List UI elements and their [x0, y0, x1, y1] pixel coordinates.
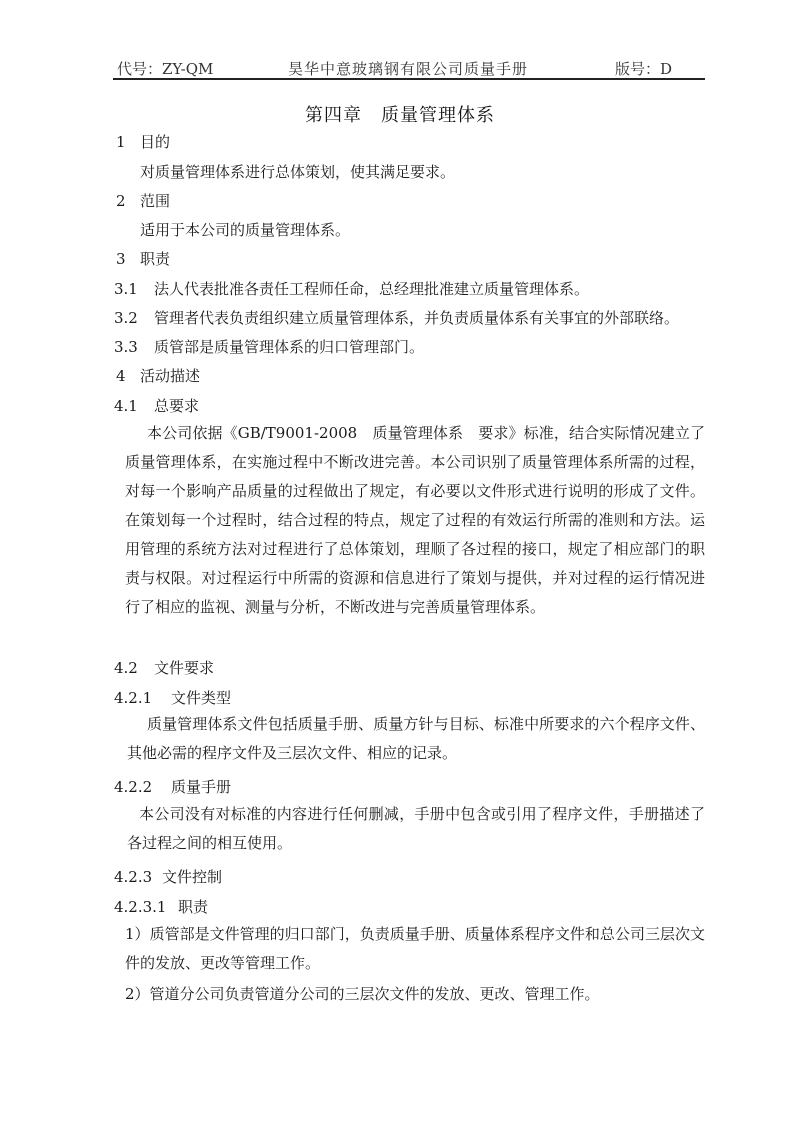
section-body-4-1: 本公司依据《GB/T9001-2008 质量管理体系 要求》标准，结合实际情况建…	[125, 419, 705, 622]
section-title: 总要求	[154, 397, 199, 415]
section-number: 4.2.3	[114, 868, 162, 886]
section-heading-4-2-1: 4.2.1文件类型	[114, 687, 231, 708]
section-title: 活动描述	[140, 367, 200, 385]
section-number: 1	[116, 133, 140, 151]
section-title: 文件类型	[171, 689, 231, 707]
section-title: 文件控制	[162, 868, 222, 886]
section-heading-1: 1目的	[116, 131, 170, 152]
item-number: 3.3	[114, 338, 154, 356]
section-body-4-2-2: 本公司没有对标准的内容进行任何删减，手册中包含或引用了程序文件，手册描述了各过程…	[127, 800, 705, 858]
item-text: 管理者代表负责组织建立质量管理体系，并负责质量体系有关事宜的外部联络。	[154, 309, 679, 327]
item-number: 3.2	[114, 309, 154, 327]
responsibility-list-item: 1）质管部是文件管理的归口部门，负责质量手册、质量体系程序文件和总公司三层次文件…	[125, 920, 705, 978]
document-code: 代号：ZY-QM	[117, 58, 213, 79]
section-number: 4	[116, 367, 140, 385]
section-number: 4.1	[114, 397, 154, 415]
section-title: 文件要求	[154, 659, 214, 677]
section-number: 4.2.1	[114, 689, 171, 707]
section-title: 质量手册	[171, 778, 231, 796]
section-number: 2	[116, 192, 140, 210]
section-title: 职责	[140, 250, 170, 268]
item-text: 质管部是质量管理体系的归口管理部门。	[154, 338, 424, 356]
section-title: 职责	[178, 898, 208, 916]
item-number: 3.1	[114, 280, 154, 298]
section-number: 4.2	[114, 659, 154, 677]
section-title: 范围	[140, 192, 170, 210]
section-number: 4.2.3.1	[114, 898, 178, 916]
section-number: 3	[116, 250, 140, 268]
section-heading-4: 4活动描述	[116, 365, 200, 386]
section-body-2: 适用于本公司的质量管理体系。	[140, 219, 350, 240]
section-body-4-2-1: 质量管理体系文件包括质量手册、质量方针与目标、标准中所要求的六个程序文件、其他必…	[127, 710, 705, 768]
chapter-title: 第四章 质量管理体系	[0, 101, 800, 127]
responsibility-item: 3.3质管部是质量管理体系的归口管理部门。	[114, 336, 424, 357]
responsibility-item: 3.1法人代表批准各责任工程师任命，总经理批准建立质量管理体系。	[114, 278, 589, 299]
section-heading-3: 3职责	[116, 248, 170, 269]
responsibility-list-item: 2）管道分公司负责管道分公司的三层次文件的发放、更改、管理工作。	[125, 980, 705, 1009]
section-heading-4-2: 4.2文件要求	[114, 657, 214, 678]
section-heading-2: 2范围	[116, 190, 170, 211]
section-title: 目的	[140, 133, 170, 151]
section-body-1: 对质量管理体系进行总体策划，使其满足要求。	[140, 161, 455, 182]
section-heading-4-2-3: 4.2.3文件控制	[114, 866, 222, 887]
manual-title: 昊华中意玻璃钢有限公司质量手册	[288, 58, 528, 79]
section-heading-4-2-2: 4.2.2质量手册	[114, 776, 231, 797]
header-rule	[113, 78, 705, 80]
section-number: 4.2.2	[114, 778, 171, 796]
section-heading-4-1: 4.1总要求	[114, 395, 199, 416]
page-header: 代号：ZY-QM 昊华中意玻璃钢有限公司质量手册 版号：D	[113, 58, 705, 78]
revision-label: 版号：D	[615, 58, 672, 79]
responsibility-item: 3.2管理者代表负责组织建立质量管理体系，并负责质量体系有关事宜的外部联络。	[114, 307, 679, 328]
item-text: 法人代表批准各责任工程师任命，总经理批准建立质量管理体系。	[154, 280, 589, 298]
section-heading-4-2-3-1: 4.2.3.1职责	[114, 896, 208, 917]
